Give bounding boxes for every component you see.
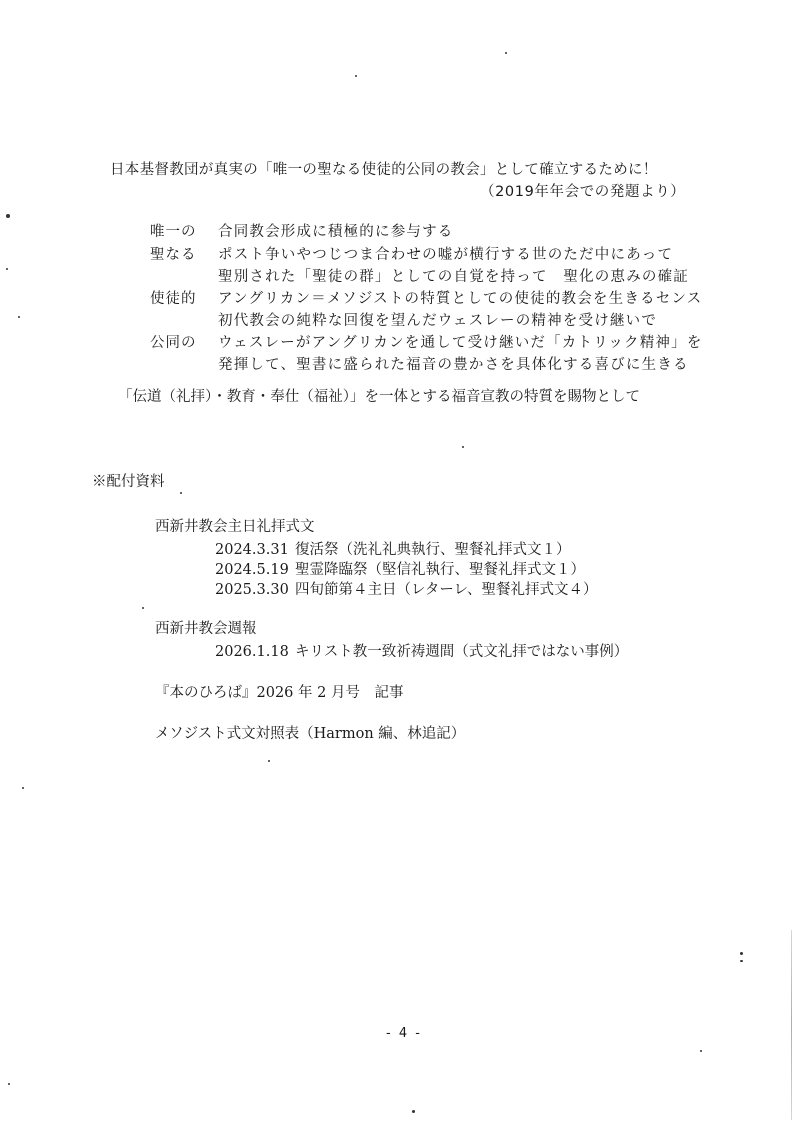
handout-other: 『本のひろば』2026 年 2 月号 記事 — [155, 681, 403, 702]
handout-text: キリスト教一致祈祷週間（式文礼拝ではない事例） — [295, 644, 628, 660]
handout-date: 2026.1.18 — [215, 644, 295, 660]
handout-item: 2024.5.19聖霊降臨祭（堅信礼執行、聖餐礼拝式文１） — [215, 558, 585, 579]
scan-speck — [268, 760, 270, 762]
scan-speck — [412, 1110, 415, 1113]
scan-speck — [8, 1083, 10, 1085]
scan-speck — [700, 1050, 702, 1052]
scan-speck — [505, 52, 507, 54]
mark-desc-line: 聖別された「聖徒の群」としての自覚を持って 聖化の恵みの確証 — [218, 265, 689, 286]
handout-item: 2025.3.30四旬節第４主日（レターレ、聖餐礼拝式文４） — [215, 578, 597, 599]
handout-text: 聖霊降臨祭（堅信礼執行、聖餐礼拝式文１） — [295, 562, 585, 578]
mark-term-catholic: 公同の — [150, 331, 197, 352]
scan-speck — [462, 446, 464, 448]
document-subtitle: （2019年年会での発題より） — [480, 180, 685, 201]
handout-item: 2026.1.18キリスト教一致祈祷週間（式文礼拝ではない事例） — [215, 640, 628, 661]
handout-date: 2024.3.31 — [215, 542, 295, 558]
handout-other: メソジスト式文対照表（Harmon 編、林追記） — [155, 722, 465, 743]
handout-group-title: 西新井教会主日礼拝式文 — [155, 515, 315, 536]
scan-speck — [18, 316, 20, 318]
document-title: 日本基督教団が真実の「唯一の聖なる使徒的公同の教会」として確立するために！ — [110, 158, 658, 179]
handout-date: 2025.3.30 — [215, 582, 295, 598]
scan-speck — [6, 214, 10, 218]
handout-text: 復活祭（洗礼礼典執行、聖餐礼拝式文１） — [295, 542, 571, 558]
mark-desc-line: 初代教会の純粋な回復を望んだウェスレーの精神を受け継いで — [218, 309, 657, 330]
handout-text: 四旬節第４主日（レターレ、聖餐礼拝式文４） — [295, 582, 597, 598]
scan-speck — [142, 607, 144, 609]
scan-speck — [355, 75, 357, 77]
handout-date: 2024.5.19 — [215, 562, 295, 578]
mark-term-one: 唯一の — [150, 220, 197, 241]
mission-motto: 「伝道（礼拝）・教育・奉仕（福祉）」を一体とする福音宣教の特質を賜物として — [118, 385, 640, 406]
mark-desc-line: ウェスレーがアングリカンを通して受け継いだ「カトリック精神」を — [218, 331, 703, 352]
scan-speck — [740, 960, 743, 962]
mark-desc-line: 合同教会形成に積極的に参与する — [218, 220, 454, 241]
mark-term-apostolic: 使徒的 — [150, 287, 197, 308]
handouts-heading: ※配付資料 — [92, 470, 165, 491]
scan-speck — [180, 492, 182, 494]
scan-speck — [6, 268, 8, 270]
mark-desc-line: アングリカン＝メソジストの特質としての使徒的教会を生きるセンス — [218, 287, 702, 308]
scan-speck — [740, 952, 743, 955]
handout-group-title: 西新井教会週報 — [155, 617, 257, 638]
handout-item: 2024.3.31復活祭（洗礼礼典執行、聖餐礼拝式文１） — [215, 538, 571, 559]
mark-desc-line: 発揮して、聖書に盛られた福音の豊かさを具体化する喜びに生きる — [218, 353, 689, 374]
page-number: - 4 - — [386, 1026, 422, 1041]
mark-term-holy: 聖なる — [150, 243, 197, 264]
mark-desc-line: ポスト争いやつじつま合わせの嘘が横行する世のただ中にあって — [218, 243, 673, 264]
scan-edge-line — [791, 930, 792, 1120]
document-page: 日本基督教団が真実の「唯一の聖なる使徒的公同の教会」として確立するために！ （2… — [0, 0, 794, 1122]
scan-speck — [22, 787, 24, 789]
